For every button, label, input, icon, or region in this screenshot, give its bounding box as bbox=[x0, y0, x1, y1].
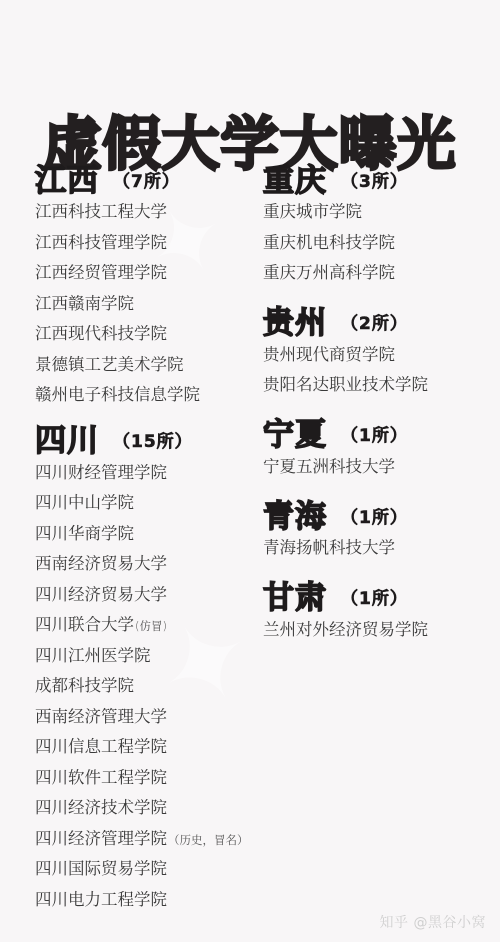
university-name: 西南经济管理大学 bbox=[35, 707, 167, 726]
list-item: 四川经济技术学院 bbox=[35, 793, 275, 824]
list-item: 四川软件工程学院 bbox=[35, 763, 275, 794]
university-list: 四川财经管理学院 四川中山学院 四川华商学院 西南经济贸易大学 四川经济贸易大学… bbox=[35, 458, 275, 916]
university-name: 江西科技工程大学 bbox=[35, 202, 167, 221]
university-name: 四川财经管理学院 bbox=[35, 463, 167, 482]
right-column: 重庆 （3所） 重庆城市学院 重庆机电科技学院 重庆万州高科学院 贵州 （2所）… bbox=[263, 157, 493, 645]
list-item: 重庆城市学院 bbox=[263, 197, 493, 228]
province-section-qinghai: 青海 （1所） 青海扬帆科技大学 bbox=[263, 493, 493, 564]
university-name: 四川软件工程学院 bbox=[35, 768, 167, 787]
list-item: 重庆机电科技学院 bbox=[263, 228, 493, 259]
province-name: 重庆 bbox=[263, 155, 327, 200]
university-list: 贵州现代商贸学院 贵阳名达职业技术学院 bbox=[263, 340, 493, 401]
university-list: 重庆城市学院 重庆机电科技学院 重庆万州高科学院 bbox=[263, 197, 493, 289]
university-name: 江西赣南学院 bbox=[35, 294, 134, 313]
university-name: 重庆万州高科学院 bbox=[263, 263, 395, 282]
university-name: 景德镇工艺美术学院 bbox=[35, 355, 184, 374]
university-list: 青海扬帆科技大学 bbox=[263, 533, 493, 564]
left-column: 江西 （7所） 江西科技工程大学 江西科技管理学院 江西经贸管理学院 江西赣南学… bbox=[35, 157, 275, 915]
province-count: （15所） bbox=[113, 427, 193, 452]
province-section-guizhou: 贵州 （2所） 贵州现代商贸学院 贵阳名达职业技术学院 bbox=[263, 300, 493, 401]
list-item: 江西现代科技学院 bbox=[35, 319, 275, 350]
university-name: 西南经济贸易大学 bbox=[35, 554, 167, 573]
province-name: 宁夏 bbox=[263, 409, 327, 454]
list-item: 江西经贸管理学院 bbox=[35, 258, 275, 289]
university-note: （历史，冒名） bbox=[168, 833, 249, 847]
university-name: 四川中山学院 bbox=[35, 493, 134, 512]
province-count: （7所） bbox=[113, 167, 180, 192]
university-name: 重庆机电科技学院 bbox=[263, 233, 395, 252]
list-item: 四川经济管理学院（历史，冒名） bbox=[35, 824, 275, 855]
list-item: 兰州对外经济贸易学院 bbox=[263, 615, 493, 646]
province-name: 青海 bbox=[263, 491, 327, 536]
list-item: 江西赣南学院 bbox=[35, 289, 275, 320]
province-count: （1所） bbox=[341, 584, 408, 609]
list-item: 江西科技工程大学 bbox=[35, 197, 275, 228]
list-item: 西南经济贸易大学 bbox=[35, 549, 275, 580]
university-name: 赣州电子科技信息学院 bbox=[35, 385, 200, 404]
list-item: 赣州电子科技信息学院 bbox=[35, 380, 275, 411]
province-header: 重庆 （3所） bbox=[263, 157, 493, 197]
university-name: 四川经济贸易大学 bbox=[35, 585, 167, 604]
province-section-chongqing: 重庆 （3所） 重庆城市学院 重庆机电科技学院 重庆万州高科学院 bbox=[263, 157, 493, 289]
list-item: 成都科技学院 bbox=[35, 671, 275, 702]
province-count: （1所） bbox=[341, 503, 408, 528]
province-name: 四川 bbox=[35, 415, 99, 460]
province-header: 宁夏 （1所） bbox=[263, 412, 493, 452]
list-item: 景德镇工艺美术学院 bbox=[35, 350, 275, 381]
university-list: 江西科技工程大学 江西科技管理学院 江西经贸管理学院 江西赣南学院 江西现代科技… bbox=[35, 197, 275, 411]
university-name: 贵阳名达职业技术学院 bbox=[263, 375, 428, 394]
list-item: 重庆万州高科学院 bbox=[263, 258, 493, 289]
university-name: 江西现代科技学院 bbox=[35, 324, 167, 343]
province-count: （3所） bbox=[341, 167, 408, 192]
province-header: 贵州 （2所） bbox=[263, 300, 493, 340]
university-name: 贵州现代商贸学院 bbox=[263, 345, 395, 364]
province-header: 江西 （7所） bbox=[35, 157, 275, 197]
list-item: 贵阳名达职业技术学院 bbox=[263, 370, 493, 401]
university-name: 成都科技学院 bbox=[35, 676, 134, 695]
province-name: 贵州 bbox=[263, 297, 327, 342]
university-name: 四川经济技术学院 bbox=[35, 798, 167, 817]
province-section-gansu: 甘肃 （1所） 兰州对外经济贸易学院 bbox=[263, 575, 493, 646]
university-list: 兰州对外经济贸易学院 bbox=[263, 615, 493, 646]
university-name: 四川电力工程学院 bbox=[35, 890, 167, 909]
list-item: 四川江州医学院 bbox=[35, 641, 275, 672]
list-item: 四川财经管理学院 bbox=[35, 458, 275, 489]
list-item: 四川经济贸易大学 bbox=[35, 580, 275, 611]
university-name: 四川江州医学院 bbox=[35, 646, 151, 665]
list-item: 贵州现代商贸学院 bbox=[263, 340, 493, 371]
list-item: 江西科技管理学院 bbox=[35, 228, 275, 259]
province-name: 甘肃 bbox=[263, 572, 327, 617]
university-name: 重庆城市学院 bbox=[263, 202, 362, 221]
province-name: 江西 bbox=[35, 155, 99, 200]
university-name: 四川信息工程学院 bbox=[35, 737, 167, 756]
university-name: 四川国际贸易学院 bbox=[35, 859, 167, 878]
source-watermark: 知乎 @黑谷小窝 bbox=[380, 912, 486, 932]
province-section-ningxia: 宁夏 （1所） 宁夏五洲科技大学 bbox=[263, 412, 493, 483]
list-item: 四川电力工程学院 bbox=[35, 885, 275, 916]
list-item: 四川国际贸易学院 bbox=[35, 854, 275, 885]
province-section-sichuan: 四川 （15所） 四川财经管理学院 四川中山学院 四川华商学院 西南经济贸易大学… bbox=[35, 418, 275, 916]
province-section-jiangxi: 江西 （7所） 江西科技工程大学 江西科技管理学院 江西经贸管理学院 江西赣南学… bbox=[35, 157, 275, 411]
university-name: 四川华商学院 bbox=[35, 524, 134, 543]
list-item: 西南经济管理大学 bbox=[35, 702, 275, 733]
province-count: （1所） bbox=[341, 421, 408, 446]
list-item: 四川信息工程学院 bbox=[35, 732, 275, 763]
province-header: 四川 （15所） bbox=[35, 418, 275, 458]
province-header: 青海 （1所） bbox=[263, 493, 493, 533]
list-item: 宁夏五洲科技大学 bbox=[263, 452, 493, 483]
university-list: 宁夏五洲科技大学 bbox=[263, 452, 493, 483]
list-item: 四川中山学院 bbox=[35, 488, 275, 519]
university-name: 四川经济管理学院 bbox=[35, 829, 167, 848]
university-name: 江西经贸管理学院 bbox=[35, 263, 167, 282]
list-item: 青海扬帆科技大学 bbox=[263, 533, 493, 564]
list-item: 四川华商学院 bbox=[35, 519, 275, 550]
university-note: (仿冒) bbox=[135, 619, 167, 633]
university-name: 青海扬帆科技大学 bbox=[263, 538, 395, 557]
university-name: 兰州对外经济贸易学院 bbox=[263, 620, 428, 639]
province-count: （2所） bbox=[341, 309, 408, 334]
university-name: 宁夏五洲科技大学 bbox=[263, 457, 395, 476]
university-name: 江西科技管理学院 bbox=[35, 233, 167, 252]
province-header: 甘肃 （1所） bbox=[263, 575, 493, 615]
university-name: 四川联合大学 bbox=[35, 615, 134, 634]
list-item: 四川联合大学(仿冒) bbox=[35, 610, 275, 641]
